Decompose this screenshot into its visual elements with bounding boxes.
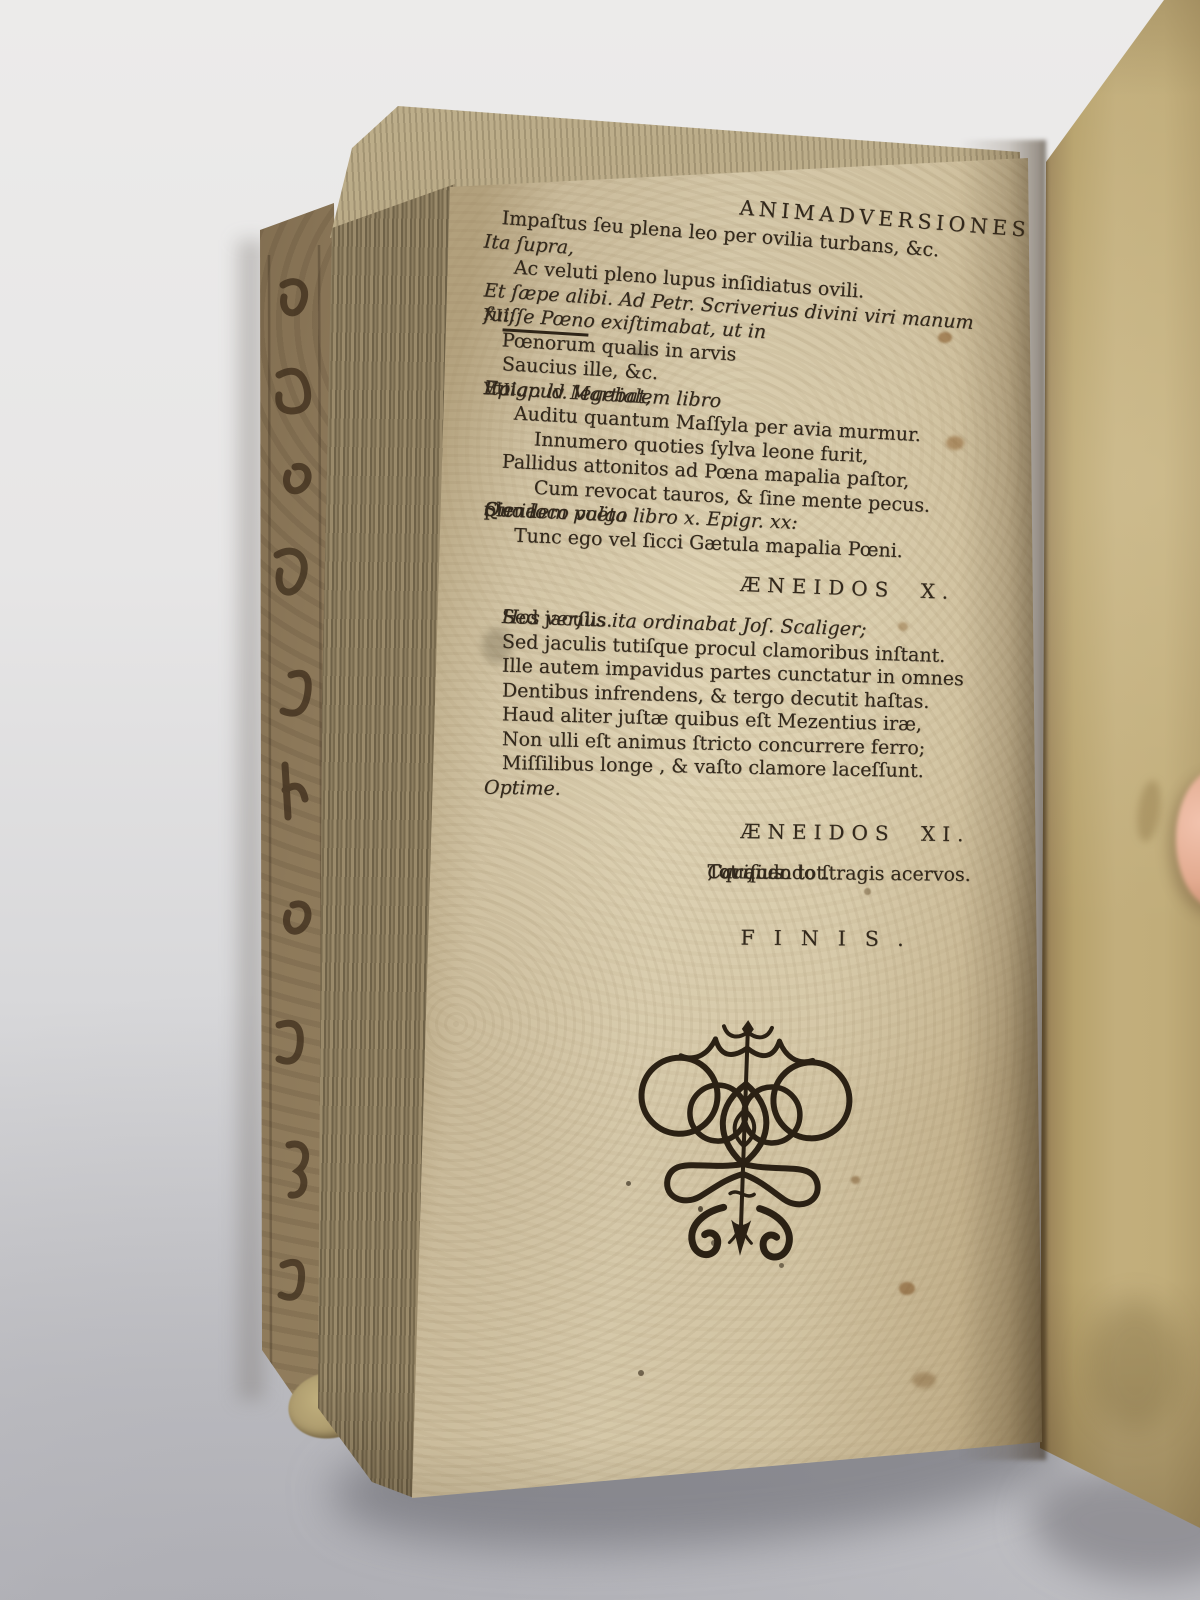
text-segment: Optime. — [484, 775, 561, 801]
stain — [1090, 1300, 1180, 1430]
text-segment: XII. — [483, 302, 517, 329]
text-segment: FINIS. — [740, 921, 922, 955]
commentary-line: Tot quando ſtragis acervos. Cariſius, qu… — [448, 857, 1033, 888]
finis-line: FINIS. — [448, 919, 1033, 956]
section-heading-aeneidos-x: ÆNEIDOS X. — [447, 558, 1033, 610]
stain — [1134, 779, 1164, 843]
printer-ornament — [608, 1009, 881, 1270]
text-segment: , quando tot. — [707, 860, 830, 886]
photo-background: 312 ANIMADVERSIONES.Impaſtus ſeu plena l… — [0, 0, 1200, 1600]
section-heading-aeneidos-xi: ÆNEIDOS XI. — [448, 812, 1033, 850]
gutter-shadow — [960, 140, 1046, 1460]
text-segment: ÆNEIDOS XI. — [740, 816, 970, 849]
spine-cast-shadow — [238, 240, 264, 1400]
text-segment: ÆNEIDOS X. — [740, 569, 956, 607]
